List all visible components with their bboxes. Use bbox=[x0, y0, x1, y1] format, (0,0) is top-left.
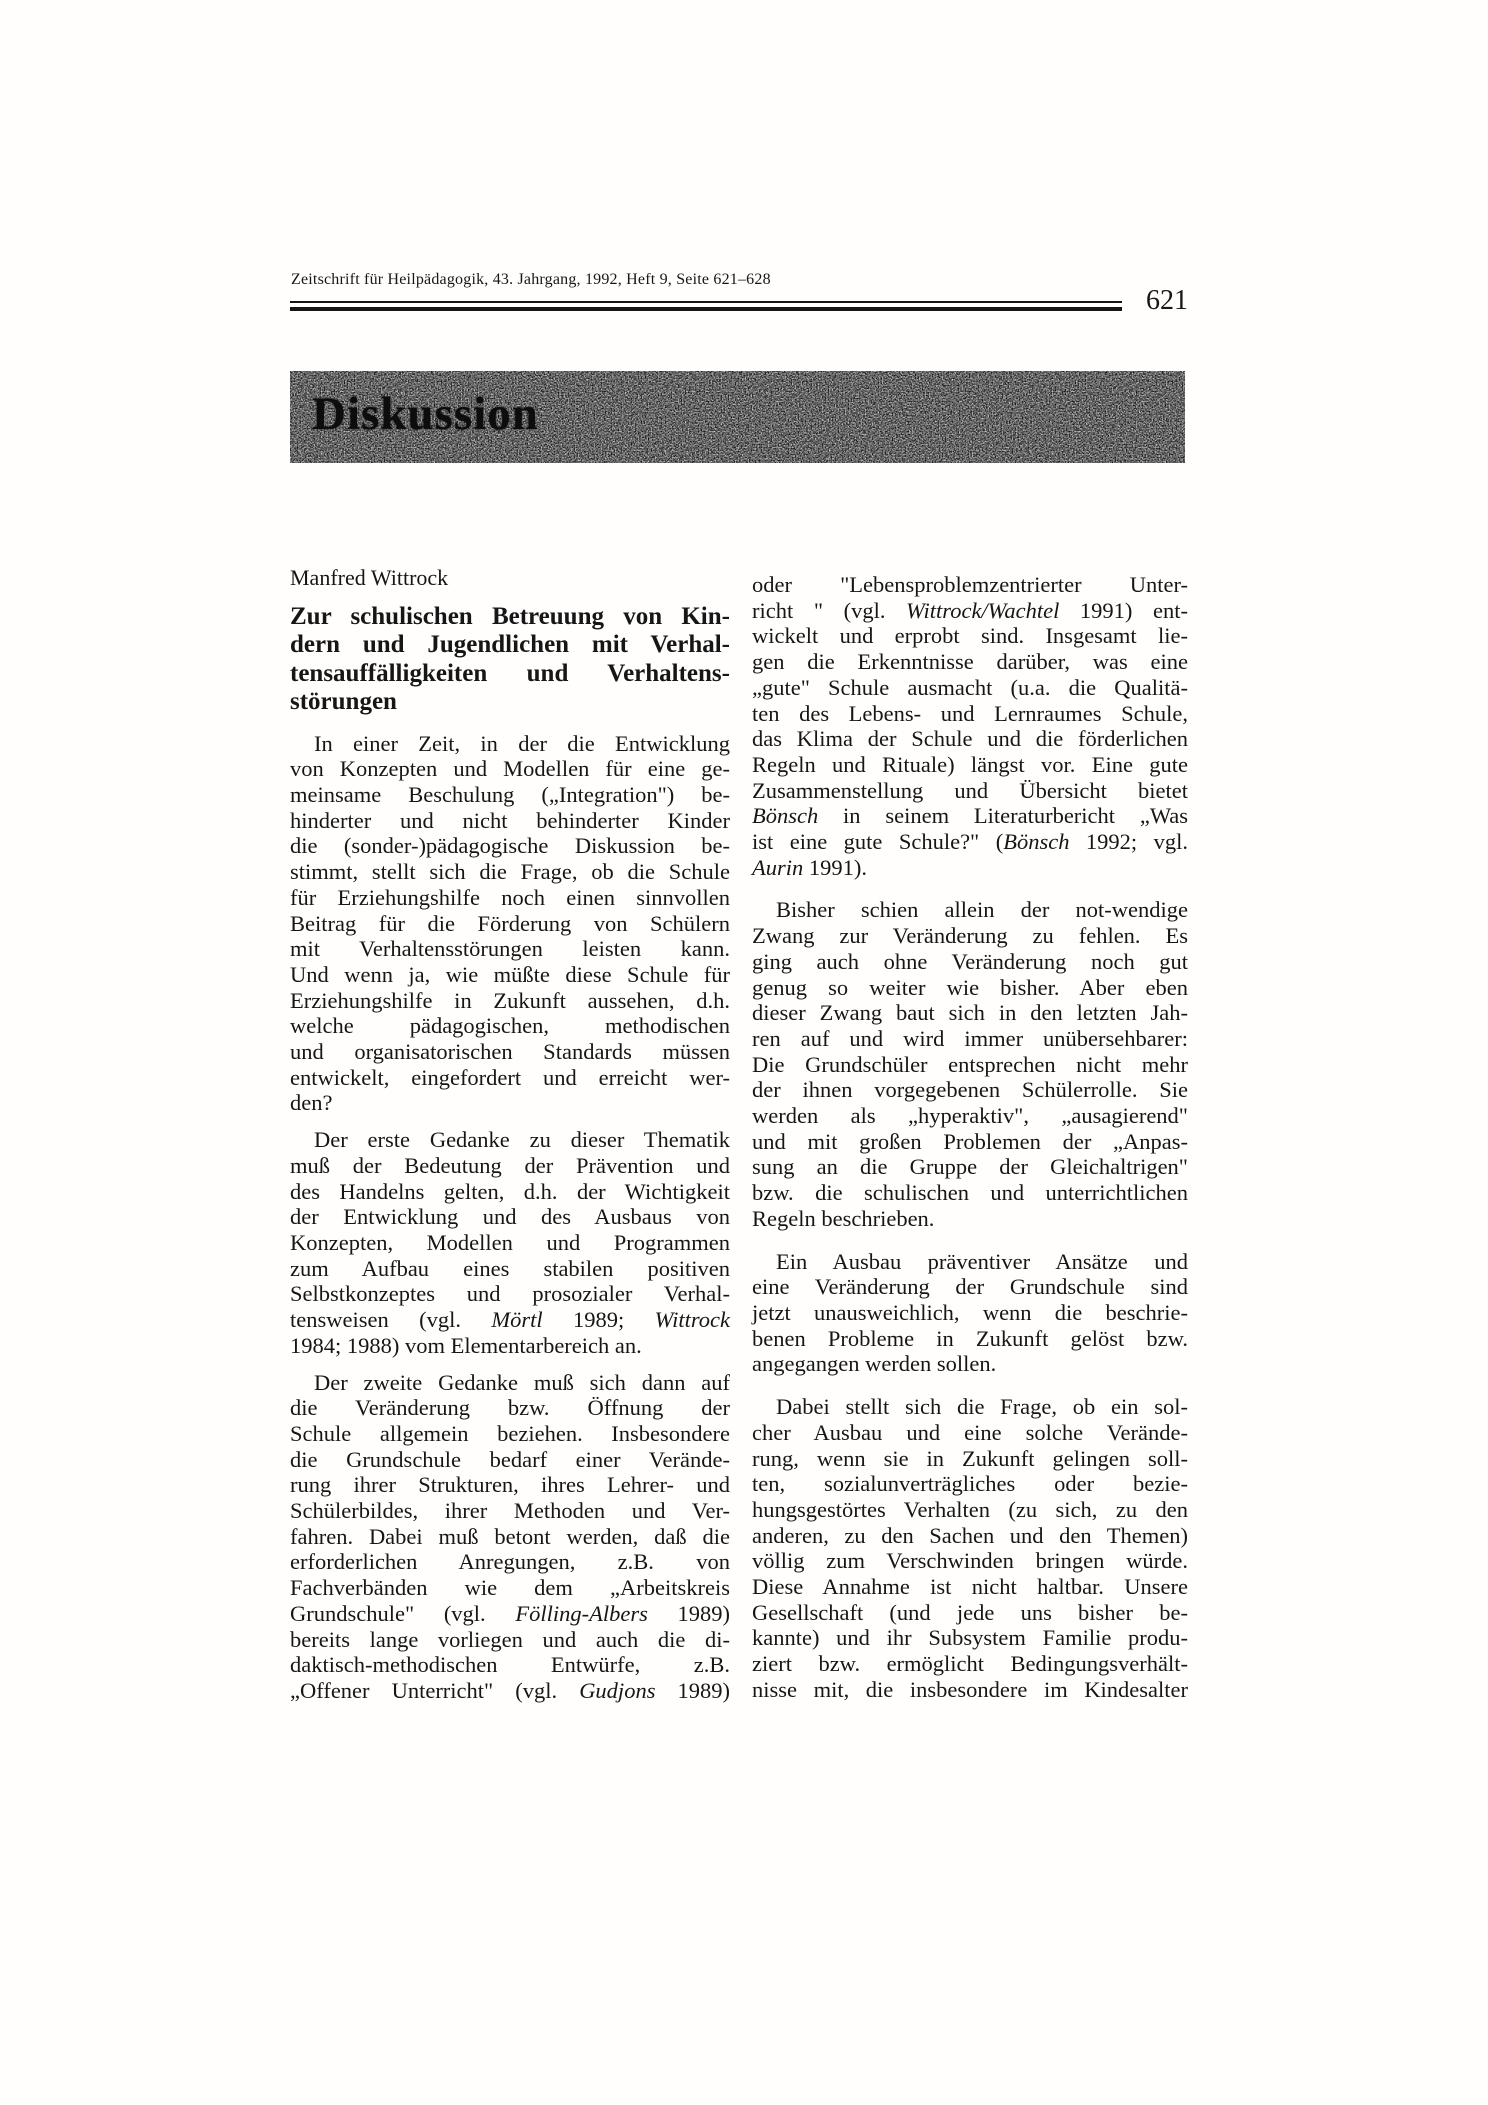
text-line: wickelt und erprobt sind. Insgesamt lie- bbox=[752, 623, 1188, 649]
page-number: 621 bbox=[1146, 287, 1188, 315]
text-line: Dabei stellt sich die Frage, ob ein sol- bbox=[752, 1394, 1188, 1420]
text-line: das Klima der Schule und die förderliche… bbox=[752, 726, 1188, 752]
paragraph: Dabei stellt sich die Frage, ob ein sol-… bbox=[752, 1394, 1188, 1702]
section-title: Diskussion bbox=[312, 384, 539, 444]
section-banner: Diskussion bbox=[290, 371, 1185, 463]
right-column: oder "Lebensproblemzentrierter Unter-ric… bbox=[752, 565, 1188, 1720]
text-line: cher Ausbau und eine solche Verände- bbox=[752, 1420, 1188, 1446]
text-line: gen die Erkenntnisse darüber, was eine bbox=[752, 649, 1188, 675]
text-line: ziert bzw. ermöglicht Bedingungsverhält- bbox=[752, 1651, 1188, 1677]
text-line: werden als „hyperaktiv", „ausagierend" bbox=[752, 1103, 1188, 1129]
text-line: Der zweite Gedanke muß sich dann auf bbox=[290, 1370, 730, 1396]
paragraph: Bisher schien allein der not-wendigeZwan… bbox=[752, 897, 1188, 1231]
text-line: In einer Zeit, in der die Entwicklung bbox=[290, 731, 730, 757]
text-line: des Handelns gelten, d.h. der Wichtigkei… bbox=[290, 1179, 730, 1205]
text-line: Aurin 1991). bbox=[752, 855, 1188, 881]
right-column-text: oder "Lebensproblemzentrierter Unter-ric… bbox=[752, 572, 1188, 1703]
text-line: Regeln beschrieben. bbox=[752, 1206, 1188, 1232]
text-line: angegangen werden sollen. bbox=[752, 1351, 1188, 1377]
text-line: richt " (vgl. Wittrock/Wachtel 1991) ent… bbox=[752, 598, 1188, 624]
article-title-line: störungen bbox=[290, 688, 730, 716]
article-title-line: tensauffälligkeiten und Verhaltens- bbox=[290, 660, 730, 688]
text-line: eine Veränderung der Grundschule sind bbox=[752, 1274, 1188, 1300]
text-line: nisse mit, die insbesondere im Kindesalt… bbox=[752, 1677, 1188, 1703]
text-line: Der erste Gedanke zu dieser Thematik bbox=[290, 1127, 730, 1153]
text-line: welche pädagogischen, methodischen bbox=[290, 1013, 730, 1039]
text-line: die (sonder-)pädagogische Diskussion be- bbox=[290, 833, 730, 859]
article-title-line: dern und Jugendlichen mit Verhal- bbox=[290, 631, 730, 659]
text-line: von Konzepten und Modellen für eine ge- bbox=[290, 756, 730, 782]
text-line: sung an die Gruppe der Gleichaltrigen" bbox=[752, 1154, 1188, 1180]
text-line: daktisch-methodischen Entwürfe, z.B. bbox=[290, 1652, 730, 1678]
article-title: Zur schulischen Betreuung von Kin-dern u… bbox=[290, 603, 730, 717]
text-line: Bönsch in seinem Literaturbericht „Was bbox=[752, 803, 1188, 829]
text-line: und mit großen Problemen der „Anpas- bbox=[752, 1129, 1188, 1155]
text-line: anderen, zu den Sachen und den Themen) bbox=[752, 1523, 1188, 1549]
text-line: und organisatorischen Standards müssen bbox=[290, 1039, 730, 1065]
text-line: zum Aufbau eines stabilen positiven bbox=[290, 1256, 730, 1282]
text-line: völlig zum Verschwinden bringen würde. bbox=[752, 1548, 1188, 1574]
text-line: der Entwicklung und des Ausbaus von bbox=[290, 1204, 730, 1230]
text-line: benen Probleme in Zukunft gelöst bzw. bbox=[752, 1326, 1188, 1352]
text-line: rung ihrer Strukturen, ihres Lehrer- und bbox=[290, 1472, 730, 1498]
text-line: bereits lange vorliegen und auch die di- bbox=[290, 1627, 730, 1653]
text-line: Erziehungshilfe in Zukunft aussehen, d.h… bbox=[290, 988, 730, 1014]
left-column: Manfred Wittrock Zur schulischen Betreuu… bbox=[290, 565, 730, 1715]
text-line: Schule allgemein beziehen. Insbesondere bbox=[290, 1421, 730, 1447]
paragraph: In einer Zeit, in der die Entwicklungvon… bbox=[290, 731, 730, 1117]
text-line: Diese Annahme ist nicht haltbar. Unsere bbox=[752, 1574, 1188, 1600]
text-line: für Erziehungshilfe noch einen sinnvolle… bbox=[290, 885, 730, 911]
text-line: genug so weiter wie bisher. Aber eben bbox=[752, 975, 1188, 1001]
text-line: Die Grundschüler entsprechen nicht mehr bbox=[752, 1052, 1188, 1078]
text-line: kannte) und ihr Subsystem Familie produ- bbox=[752, 1625, 1188, 1651]
text-line: ten, sozialunverträgliches oder bezie- bbox=[752, 1471, 1188, 1497]
article-title-line: Zur schulischen Betreuung von Kin- bbox=[290, 603, 730, 631]
text-line: rung, wenn sie in Zukunft gelingen soll- bbox=[752, 1446, 1188, 1472]
text-line: 1984; 1988) vom Elementarbereich an. bbox=[290, 1333, 730, 1359]
text-line: Fachverbänden wie dem „Arbeitskreis bbox=[290, 1575, 730, 1601]
text-line: muß der Bedeutung der Prävention und bbox=[290, 1153, 730, 1179]
text-line: meinsame Beschulung („Integration") be- bbox=[290, 782, 730, 808]
text-line: den? bbox=[290, 1090, 730, 1116]
text-line: Schülerbildes, ihrer Methoden und Ver- bbox=[290, 1498, 730, 1524]
text-line: Beitrag für die Förderung von Schülern bbox=[290, 911, 730, 937]
document-page: Zeitschrift für Heilpädagogik, 43. Jahrg… bbox=[0, 0, 1488, 2105]
text-line: Bisher schien allein der not-wendige bbox=[752, 897, 1188, 923]
text-line: „Offener Unterricht" (vgl. Gudjons 1989) bbox=[290, 1678, 730, 1704]
text-line: entwickelt, eingefordert und erreicht we… bbox=[290, 1065, 730, 1091]
text-line: ging auch ohne Veränderung noch gut bbox=[752, 949, 1188, 975]
text-line: der ihnen vorgegebenen Schülerrolle. Sie bbox=[752, 1077, 1188, 1103]
text-line: oder "Lebensproblemzentrierter Unter- bbox=[752, 572, 1188, 598]
text-line: Selbstkonzeptes und prosozialer Verhal- bbox=[290, 1281, 730, 1307]
text-line: ren auf und wird immer unübersehbarer: bbox=[752, 1026, 1188, 1052]
text-line: die Veränderung bzw. Öffnung der bbox=[290, 1395, 730, 1421]
text-line: „gute" Schule ausmacht (u.a. die Qualitä… bbox=[752, 675, 1188, 701]
journal-citation: Zeitschrift für Heilpädagogik, 43. Jahrg… bbox=[291, 268, 1051, 292]
header-double-rule bbox=[290, 301, 1122, 311]
left-column-text: In einer Zeit, in der die Entwicklungvon… bbox=[290, 731, 730, 1704]
text-line: die Grundschule bedarf einer Verände- bbox=[290, 1447, 730, 1473]
text-line: Zusammenstellung und Übersicht bietet bbox=[752, 778, 1188, 804]
text-line: Gesellschaft (und jede uns bisher be- bbox=[752, 1600, 1188, 1626]
text-line: dieser Zwang baut sich in den letzten Ja… bbox=[752, 1000, 1188, 1026]
text-line: hinderter und nicht behinderter Kinder bbox=[290, 808, 730, 834]
text-line: mit Verhaltensstörungen leisten kann. bbox=[290, 936, 730, 962]
text-line: Und wenn ja, wie müßte diese Schule für bbox=[290, 962, 730, 988]
paragraph: Der zweite Gedanke muß sich dann aufdie … bbox=[290, 1370, 730, 1704]
text-line: erforderlichen Anregungen, z.B. von bbox=[290, 1549, 730, 1575]
text-line: ist eine gute Schule?" (Bönsch 1992; vgl… bbox=[752, 829, 1188, 855]
text-line: Konzepten, Modellen und Programmen bbox=[290, 1230, 730, 1256]
text-line: Regeln und Rituale) längst vor. Eine gut… bbox=[752, 752, 1188, 778]
text-line: fahren. Dabei muß betont werden, daß die bbox=[290, 1524, 730, 1550]
text-line: Zwang zur Veränderung zu fehlen. Es bbox=[752, 923, 1188, 949]
paragraph: Ein Ausbau präventiver Ansätze undeine V… bbox=[752, 1249, 1188, 1378]
text-line: tensweisen (vgl. Mörtl 1989; Wittrock bbox=[290, 1307, 730, 1333]
text-line: bzw. die schulischen und unterrichtliche… bbox=[752, 1180, 1188, 1206]
author-name: Manfred Wittrock bbox=[290, 565, 730, 591]
text-line: ten des Lebens- und Lernraumes Schule, bbox=[752, 701, 1188, 727]
paragraph: Der erste Gedanke zu dieser Thematikmuß … bbox=[290, 1127, 730, 1358]
text-line: Grundschule" (vgl. Fölling-Albers 1989) bbox=[290, 1601, 730, 1627]
text-line: Ein Ausbau präventiver Ansätze und bbox=[752, 1249, 1188, 1275]
text-line: stimmt, stellt sich die Frage, ob die Sc… bbox=[290, 859, 730, 885]
text-line: jetzt unausweichlich, wenn die beschrie- bbox=[752, 1300, 1188, 1326]
text-line: hungsgestörtes Verhalten (zu sich, zu de… bbox=[752, 1497, 1188, 1523]
paragraph: oder "Lebensproblemzentrierter Unter-ric… bbox=[752, 572, 1188, 880]
